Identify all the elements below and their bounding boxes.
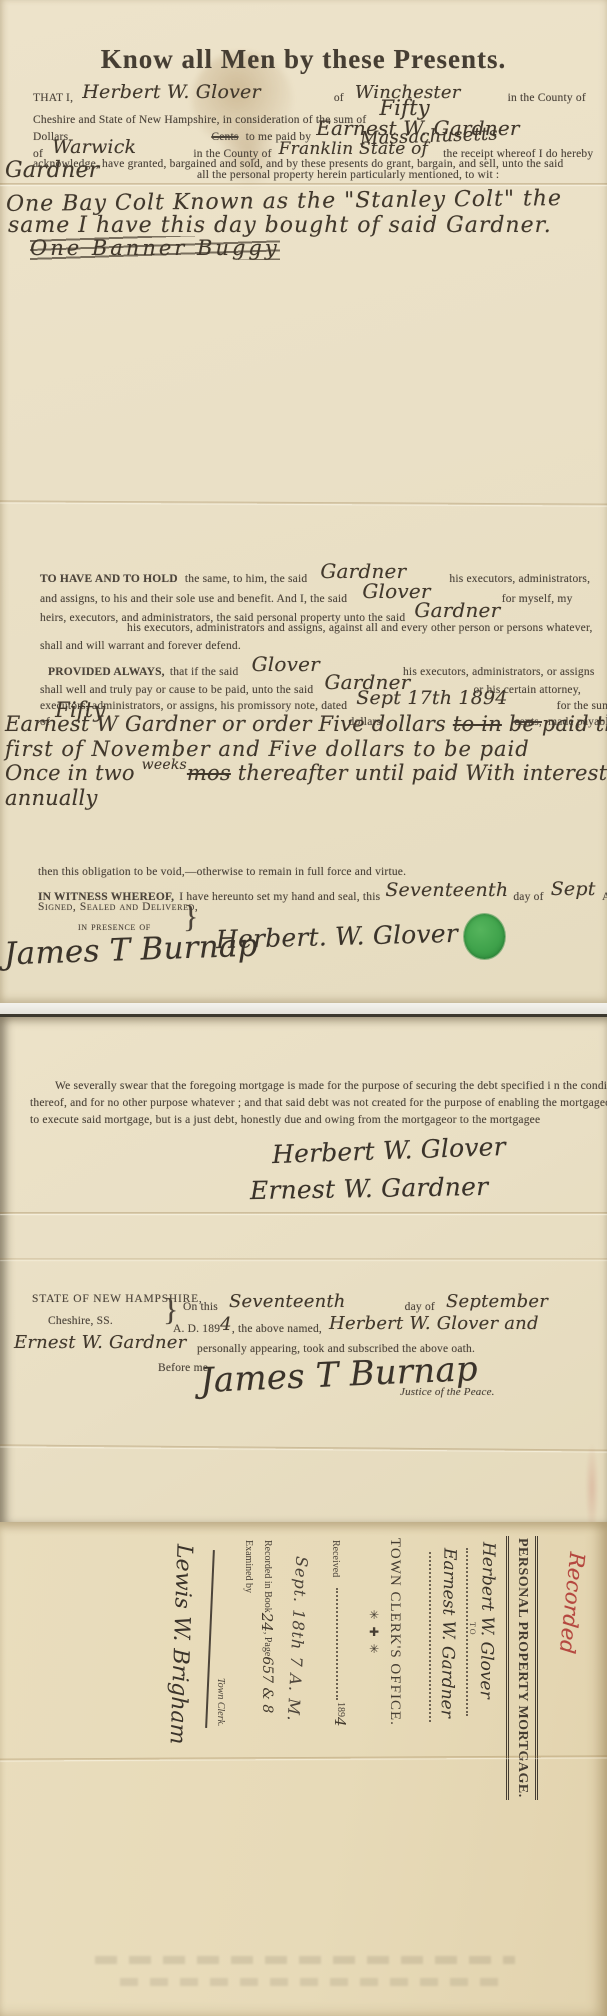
showthrough-text xyxy=(95,1956,515,1964)
handwritten-glover: Glover xyxy=(252,652,320,676)
struck-word: mos xyxy=(187,761,231,785)
dotted-leader xyxy=(336,1588,338,1700)
oath-line-3: to execute said mortgage, but is a just … xyxy=(30,1114,540,1126)
recorded-book-line: Recorded in Book24, Page657 & 8 xyxy=(258,1540,276,1713)
fold-crease xyxy=(0,1258,607,1260)
handwritten-terms-line-2: first of November and Five dollars to be… xyxy=(5,737,530,761)
habendum-line-4: his executors, administrators and assign… xyxy=(127,622,593,634)
received-year: 1894 xyxy=(331,1702,349,1727)
document-title: Know all Men by these Presents. xyxy=(0,44,607,75)
county-caption: Cheshire, SS. xyxy=(48,1315,113,1327)
habendum-line-5: shall and will warrant and forever defen… xyxy=(40,640,241,652)
fold-crease xyxy=(0,1212,607,1214)
scanned-mortgage-document: Know all Men by these Presents. THAT I, … xyxy=(0,0,607,2016)
form-line-1: THAT I, Herbert W. Glover of Winchester … xyxy=(33,84,586,106)
party-one-signature: Herbert W. Glover xyxy=(476,1542,499,1699)
handwritten-year-digit: 4 xyxy=(220,1314,232,1335)
struck-words: to in xyxy=(453,712,502,736)
fold-crease xyxy=(0,183,607,185)
handwritten-property-line-2: same I have this day bought of said Gard… xyxy=(8,213,552,238)
handwritten-county: Franklin State of xyxy=(279,139,428,159)
handwritten-terms-line-3: Once in two weeksmos thereafter until pa… xyxy=(5,761,607,785)
void-clause: then this obligation to be void,—otherwi… xyxy=(38,866,406,878)
handwritten-page-number: 657 & 8 xyxy=(259,1656,275,1713)
handwritten-terms-line-4: annually xyxy=(5,786,98,810)
handwritten-gardner-name: Ernest W. Gardner xyxy=(14,1332,186,1353)
clerk-title: Town Clerk. xyxy=(215,1678,226,1727)
form-line-6: all the personal property herein particu… xyxy=(197,169,499,181)
party-two-signature: Earnest W. Gardner xyxy=(437,1548,460,1718)
sheet-gap xyxy=(0,1003,607,1014)
handwritten-mortgagor-name: Herbert W. Glover xyxy=(82,81,261,103)
town-clerks-office-label: TOWN CLERK'S OFFICE. xyxy=(386,1538,403,1726)
handwritten-names: Herbert W. Glover and xyxy=(329,1313,539,1334)
dotted-signature-line xyxy=(429,1552,431,1722)
handwritten-gardner: Gardner xyxy=(5,158,99,183)
handwritten-day: Seventeenth xyxy=(385,879,508,901)
gardner-oath-signature: Ernest W. Gardner xyxy=(250,1172,489,1205)
endorsement-title: PERSONAL PROPERTY MORTGAGE. xyxy=(506,1536,538,1800)
green-notary-seal xyxy=(464,914,505,959)
showthrough-text xyxy=(120,1978,500,1986)
handwritten-month: Sept xyxy=(551,878,596,900)
justice-title: Justice of the Peace. xyxy=(400,1386,495,1398)
printer-ornament: ✳✚✳ xyxy=(367,1608,381,1659)
to-label: TO xyxy=(468,1622,477,1637)
struck-out-property-line: One Banner Buggy xyxy=(30,236,280,260)
red-ink-showthrough xyxy=(585,1442,599,1534)
acknowledgment-line-2: A. D. 1894, the above named, Herbert W. … xyxy=(173,1316,539,1337)
received-line: Received xyxy=(330,1540,341,1577)
handwritten-month: September xyxy=(446,1291,548,1312)
handwritten-year-digit: 4 xyxy=(331,1717,349,1727)
examined-by-label: Examined by xyxy=(243,1540,254,1593)
handwritten-terms-line-1: Earnest W Gardner or order Five dollars … xyxy=(5,712,607,736)
handwritten-gardner: Gardner xyxy=(414,598,500,622)
acknowledgment-line-1: On this Seventeenth day of September xyxy=(183,1294,548,1315)
oath-line-2: thereof, and for no other purpose whatev… xyxy=(30,1097,607,1109)
handwritten-day: Seventeenth xyxy=(229,1291,346,1312)
signed-sealed-line: Signed, Sealed and Delivered, xyxy=(38,901,198,913)
oath-line-1: We severally swear that the foregoing mo… xyxy=(55,1080,607,1092)
handwritten-book-number: 24 xyxy=(258,1613,276,1632)
handwritten-town-2: Warwick xyxy=(52,136,136,158)
inserted-word: weeks xyxy=(142,757,187,773)
